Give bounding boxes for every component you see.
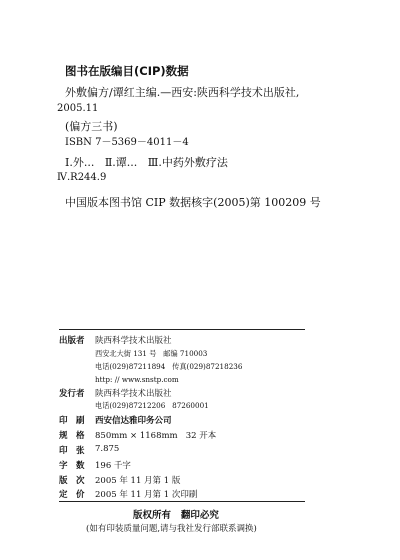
printer-value: 西安信达雅印务公司	[95, 414, 172, 426]
word-count-value: 196 千字	[95, 459, 131, 471]
publisher-label: 出版者	[59, 334, 85, 346]
cip-classification-line2: Ⅳ.R244.9	[57, 172, 106, 183]
cip-line-isbn: ISBN 7－5369－4011－4	[65, 133, 189, 148]
top-rule	[59, 329, 305, 330]
format-value: 850mm × 1168mm 32 开本	[95, 429, 216, 441]
publisher-phone: 电话(029)87211894 传真(029)87218236	[95, 362, 242, 372]
distributor-phone: 电话(029)87212206 87260001	[95, 401, 209, 411]
cip-heading: 图书在版编目(CIP)数据	[65, 63, 189, 79]
cip-number: 中国版本图书馆 CIP 数据核字(2005)第 100209 号	[65, 194, 321, 210]
cip-line-date: 2005.11	[57, 103, 98, 114]
copyright-notice: 版权所有 翻印必究	[133, 507, 219, 521]
printer-label: 印 刷	[59, 414, 85, 426]
publisher-name: 陕西科学技术出版社	[95, 334, 172, 346]
cip-line-title: 外敷偏方/谭红主编.—西安:陕西科学技术出版社,	[65, 84, 299, 100]
cip-line-series: (偏方三书)	[65, 118, 118, 134]
price-label-visible: 定 价	[59, 488, 85, 500]
replacement-note: (如有印装质量问题,请与我社发行部联系调换)	[86, 522, 257, 534]
word-count-label: 字 数	[59, 459, 85, 471]
distributor-name: 陕西科学技术出版社	[95, 387, 172, 399]
edition-label: 版 次	[59, 474, 85, 486]
publisher-address: 西安北大街 131 号 邮编 710003	[95, 349, 207, 359]
cip-classification-line1: Ⅰ.外... Ⅱ.谭... Ⅲ.中药外敷疗法	[65, 154, 228, 170]
sheets-label: 印 张	[59, 444, 85, 456]
sheets-value: 7.875	[95, 444, 119, 454]
printing-value: 2005 年 11 月第 1 次印刷	[95, 488, 197, 500]
distributor-label: 发行者	[59, 387, 85, 399]
format-label: 规 格	[59, 429, 85, 441]
edition-value: 2005 年 11 月第 1 版	[95, 474, 180, 486]
bottom-rule	[59, 501, 305, 502]
publisher-website: http: // www.snstp.com	[95, 375, 179, 384]
